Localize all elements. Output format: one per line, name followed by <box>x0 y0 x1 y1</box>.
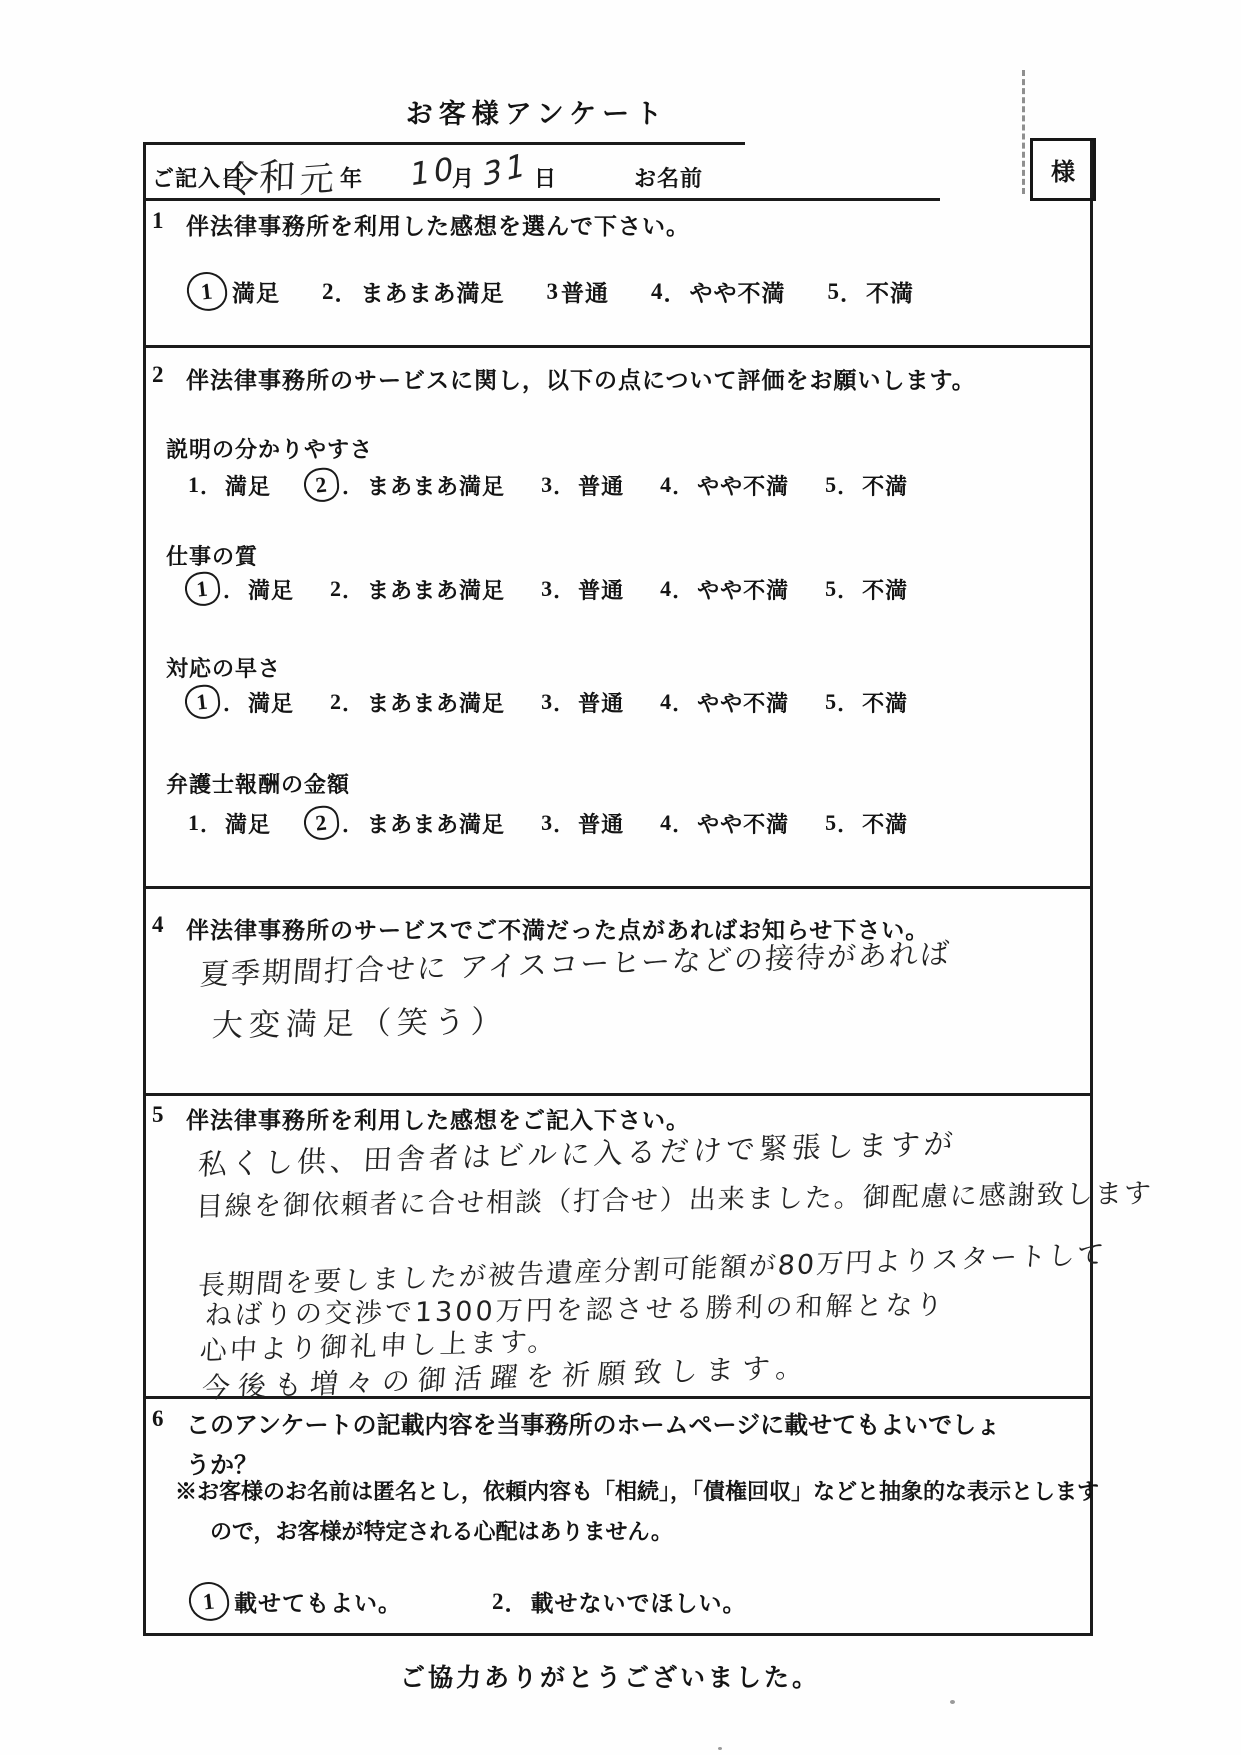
option-number: 2 <box>492 1589 505 1615</box>
option-label: 満足 <box>248 574 294 605</box>
option-label: やや不満 <box>697 687 789 718</box>
q1-title: 伴法律事務所を利用した感想を選んで下さい。 <box>186 208 690 241</box>
option-label: まあまあ満足 <box>367 574 505 605</box>
option-separator-dot: ． <box>837 687 860 718</box>
option-number: 4 <box>660 689 672 715</box>
handwritten-year: 元 <box>299 151 335 203</box>
option-number: 1 <box>188 810 200 836</box>
option-separator-dot: ． <box>553 470 576 501</box>
handwritten-day: 31 <box>481 145 530 194</box>
scan-speck <box>950 1700 955 1704</box>
option-label: やや不満 <box>697 470 789 501</box>
option-separator-dot: ． <box>200 470 223 501</box>
option-separator-dot: ． <box>342 687 365 718</box>
option-number: 4 <box>660 472 672 498</box>
q2-sub4-options-row: 1．満足2．まあまあ満足3．普通4．やや不満5．不満 <box>188 806 944 840</box>
option-label: やや不満 <box>690 275 786 308</box>
scan-artifact-dashed-line <box>1022 70 1025 194</box>
option-label: 満足 <box>225 808 271 839</box>
option-separator-dot: ． <box>342 574 365 605</box>
option-number: 2 <box>330 689 342 715</box>
rating-option: 1．満足 <box>188 808 271 839</box>
form-border-bottom <box>143 1633 1093 1636</box>
option-separator-dot: ． <box>672 808 695 839</box>
option-separator-dot: ． <box>672 687 695 718</box>
rating-option: 3．普通 <box>541 808 624 839</box>
option-number: 5 <box>825 576 837 602</box>
rating-option: 4．やや不満 <box>651 275 786 308</box>
scan-speck <box>718 1747 722 1750</box>
option-number: 3 <box>541 810 553 836</box>
q2-sub2-label: 仕事の質 <box>166 540 258 571</box>
selected-option-circle: 1 <box>183 570 221 607</box>
option-separator-dot: ． <box>837 470 860 501</box>
option-separator-dot: ． <box>223 687 246 718</box>
rating-option: 3．普通 <box>541 470 624 501</box>
rating-option: 3普通 <box>547 275 610 308</box>
option-number: 3 <box>541 689 553 715</box>
q1-options-row: 1満足2．まあまあ満足3普通4．やや不満5．不満 <box>190 272 956 311</box>
option-label: 不満 <box>866 275 914 308</box>
rating-option: 3．普通 <box>541 687 624 718</box>
option-label: 普通 <box>578 808 624 839</box>
option-separator-dot: ． <box>200 808 223 839</box>
option-separator-dot: ． <box>664 275 688 308</box>
rating-option: 4．やや不満 <box>660 687 789 718</box>
option-separator-dot: ． <box>672 470 695 501</box>
option-label: 載せてもよい。 <box>234 1585 402 1618</box>
rating-option: 5．不満 <box>825 808 908 839</box>
option-number: 3 <box>541 472 553 498</box>
rating-option: 1．満足 <box>188 470 271 501</box>
rating-option: 2．まあまあ満足 <box>307 806 505 840</box>
q2-sub3-label: 対応の早さ <box>166 652 281 683</box>
rating-option: 5．不満 <box>825 687 908 718</box>
rating-option: 2．載せないでほしい。 <box>492 1585 747 1618</box>
option-number: 5 <box>825 689 837 715</box>
q2-sub2-options-row: 1．満足2．まあまあ満足3．普通4．やや不満5．不満 <box>188 572 944 606</box>
rating-option: 4．やや不満 <box>660 574 789 605</box>
option-label: 不満 <box>862 808 908 839</box>
option-separator-dot: ． <box>553 687 576 718</box>
option-separator-dot: ． <box>505 1585 529 1618</box>
q2-sub1-options-row: 1．満足2．まあまあ満足3．普通4．やや不満5．不満 <box>188 468 944 502</box>
form-border-left <box>143 142 146 1636</box>
rating-option: 5．不満 <box>828 275 915 308</box>
q2-sub4-label: 弁護士報酬の金額 <box>166 768 350 799</box>
rating-option: 1載せてもよい。 <box>192 1582 402 1621</box>
handwritten-era: 令和 <box>221 145 297 204</box>
divider-q1-q2 <box>143 345 1093 348</box>
q2-sub1-label: 説明の分かりやすさ <box>166 433 373 464</box>
option-separator-dot: ． <box>553 574 576 605</box>
option-label: まあまあ満足 <box>367 808 505 839</box>
option-label: やや不満 <box>697 574 789 605</box>
option-number: 1 <box>188 472 200 498</box>
rating-option: 1満足 <box>190 272 280 311</box>
month-unit: 月 <box>452 162 475 193</box>
option-number: 5 <box>828 279 841 305</box>
option-number: 5 <box>825 472 837 498</box>
closing-thanks: ご協力ありがとうございました。 <box>400 1658 820 1694</box>
divider-q4-q5 <box>143 1093 1093 1096</box>
day-unit: 日 <box>534 162 557 193</box>
rating-option: 2．まあまあ満足 <box>322 275 505 308</box>
option-label: 満足 <box>232 275 280 308</box>
option-label: 満足 <box>248 687 294 718</box>
rating-option: 4．やや不満 <box>660 808 789 839</box>
option-label: 不満 <box>862 687 908 718</box>
q6-anonymity-note: ※お客様のお名前は匿名とし，依頼内容も「相続」，「債権回収」などと抽象的な表示と… <box>175 1472 1114 1552</box>
q5-number: 5 <box>152 1102 165 1128</box>
selected-option-circle: 1 <box>183 683 221 720</box>
q2-sub3-options-row: 1．満足2．まあまあ満足3．普通4．やや不満5．不満 <box>188 685 944 719</box>
rating-option: 5．不満 <box>825 574 908 605</box>
rating-option: 5．不満 <box>825 470 908 501</box>
q2-number: 2 <box>152 362 165 388</box>
option-separator-dot: ． <box>553 808 576 839</box>
year-unit: 年 <box>340 162 363 193</box>
option-label: 普通 <box>578 574 624 605</box>
q6-number: 6 <box>152 1406 165 1432</box>
option-label: 満足 <box>225 470 271 501</box>
rating-option: 4．やや不満 <box>660 470 789 501</box>
option-label: 普通 <box>578 470 624 501</box>
option-separator-dot: ． <box>335 275 359 308</box>
option-separator-dot: ． <box>342 470 365 501</box>
survey-scan-page: お客様アンケート ご記入日 令和 元 年 10 月 31 日 お名前 様 1 伴… <box>0 0 1241 1755</box>
selected-option-circle: 1 <box>187 1580 231 1623</box>
q1-number: 1 <box>152 208 165 234</box>
rating-option: 1．満足 <box>188 572 294 606</box>
rating-option: 2．まあまあ満足 <box>330 574 505 605</box>
option-number: 2 <box>322 279 335 305</box>
selected-option-circle: 2 <box>302 804 340 841</box>
option-number: 4 <box>651 279 664 305</box>
option-number: 2 <box>330 576 342 602</box>
page-title: お客様アンケート <box>406 92 668 131</box>
selected-option-circle: 1 <box>185 270 229 313</box>
option-number: 5 <box>825 810 837 836</box>
option-label: 普通 <box>578 687 624 718</box>
option-separator-dot: ． <box>672 574 695 605</box>
rating-option: 3．普通 <box>541 574 624 605</box>
option-number: 3 <box>547 279 560 305</box>
option-label: まあまあ満足 <box>367 687 505 718</box>
q4-handwritten-line: 大変満足（笑う） <box>211 996 509 1045</box>
honorific-label: 様 <box>1051 152 1075 187</box>
divider-q2-q4 <box>143 886 1093 889</box>
rating-option: 2．まあまあ満足 <box>307 468 505 502</box>
option-number: 3 <box>541 576 553 602</box>
option-label: まあまあ満足 <box>367 470 505 501</box>
form-border-top <box>143 142 745 145</box>
option-label: やや不満 <box>697 808 789 839</box>
selected-option-circle: 2 <box>302 466 340 503</box>
name-label: お名前 <box>634 162 703 193</box>
option-separator-dot: ． <box>837 574 860 605</box>
option-separator-dot: ． <box>223 574 246 605</box>
option-label: まあまあ満足 <box>361 275 505 308</box>
rating-option: 2．まあまあ満足 <box>330 687 505 718</box>
honorific-box: 様 <box>1030 138 1096 201</box>
option-label: 載せないでほしい。 <box>531 1585 747 1618</box>
option-separator-dot: ． <box>342 808 365 839</box>
option-label: 不満 <box>862 470 908 501</box>
option-separator-dot: ． <box>837 808 860 839</box>
option-number: 4 <box>660 576 672 602</box>
q4-number: 4 <box>152 912 165 938</box>
option-separator-dot: ． <box>840 275 864 308</box>
q2-title: 伴法律事務所のサービスに関し，以下の点について評価をお願いします。 <box>186 362 976 395</box>
option-label: 不満 <box>862 574 908 605</box>
rating-option: 1．満足 <box>188 685 294 719</box>
option-number: 4 <box>660 810 672 836</box>
option-label: 普通 <box>561 275 609 308</box>
q6-options-row: 1載せてもよい。2．載せないでほしい。 <box>192 1582 837 1621</box>
